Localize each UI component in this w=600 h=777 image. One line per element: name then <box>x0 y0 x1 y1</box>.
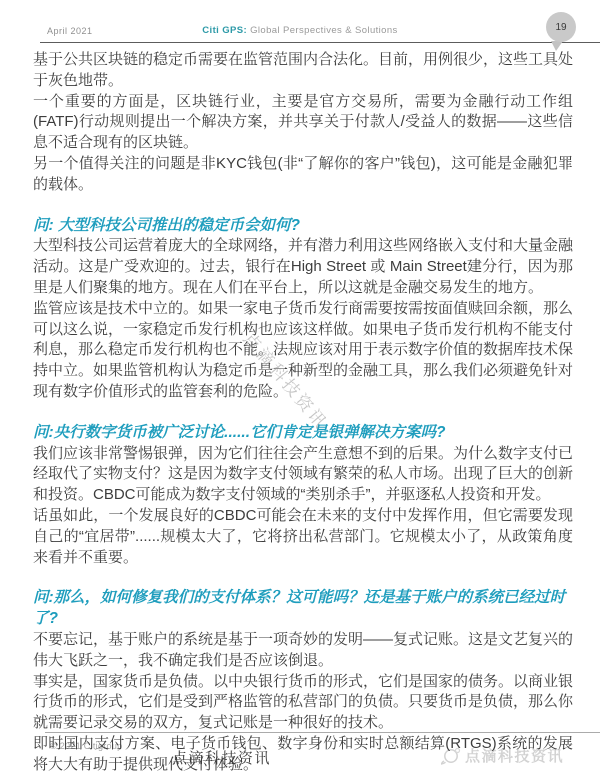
paragraph: 不要忘记，基于账户的系统是基于一项奇妙的发明——复式记账。这是文艺复兴的伟大飞跃… <box>33 630 573 672</box>
paragraph: 基于公共区块链的稳定币需要在监管范围内合法化。目前，用例很少，这些工具处于灰色地… <box>33 50 573 92</box>
paragraph: 话虽如此，一个发展良好的CBDC可能会在未来的支付中发挥作用，但它需要发现自己的… <box>33 506 573 568</box>
paragraph: 监管应该是技术中立的。如果一家电子货币发行商需要按需按面值赎回余额，那么可以这么… <box>33 299 573 403</box>
paragraph: 事实是，国家货币是负债。以中央银行货币的形式，它们是国家的债务。以商业银行货币的… <box>33 672 573 734</box>
question-heading: 问:那么，如何修复我们的支付体系？这可能吗？还是基于账户的系统已经过时了? <box>33 588 573 630</box>
paragraph: 大型科技公司运营着庞大的全球网络，并有潜力利用这些网络嵌入支付和大量金融活动。这… <box>33 236 573 298</box>
paragraph: 一个重要的方面是，区块链行业，主要是官方交易所，需要为金融行动工作组(FATF)… <box>33 92 573 154</box>
header-brandline: Citi GPS: Global Perspectives & Solution… <box>0 25 600 36</box>
page-number-badge: 19 <box>546 12 576 42</box>
brand-subtitle: Global Perspectives & Solutions <box>250 25 398 36</box>
brand-name: Citi GPS: <box>202 25 247 36</box>
document-body: 基于公共区块链的稳定币需要在监管范围内合法化。目前，用例很少，这些工具处于灰色地… <box>33 50 573 776</box>
header-rule <box>40 42 600 43</box>
paragraph: 另一个值得关注的问题是非KYC钱包(非“了解你的客户”钱包)，这可能是金融犯罪的… <box>33 154 573 196</box>
question-heading: 问: 大型科技公司推出的稳定币会如何? <box>33 216 573 237</box>
paragraph: 即时国内支付方案、电子货币钱包、数字身份和实时总额结算(RTGS)系统的发展将大… <box>33 734 573 776</box>
report-page: April 2021 Citi GPS: Global Perspectives… <box>0 0 600 777</box>
page-badge-pointer-icon <box>551 41 563 51</box>
paragraph: 我们应该非常警惕银弹，因为它们往往会产生意想不到的后果。为什么数字支付已经取代了… <box>33 444 573 506</box>
question-heading: 问:央行数字货币被广泛讨论......它们肯定是银弹解决方案吗? <box>33 423 573 444</box>
